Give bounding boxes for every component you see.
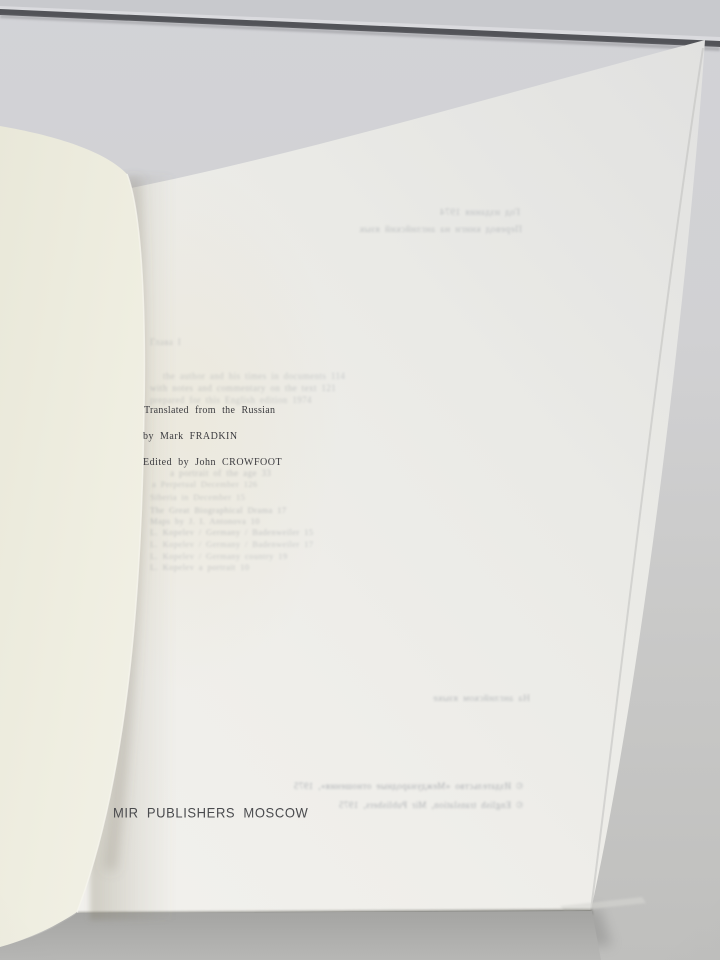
publisher-imprint-line: MIR PUBLISHERS MOSCOW	[113, 805, 308, 821]
translated-from-line: Translated from the Russian	[144, 405, 275, 416]
showthrough-line: © Издательство «Международные отношения»…	[285, 781, 523, 791]
showthrough-line: Maps by J. I. Antonova 10	[150, 516, 372, 526]
showthrough-line: a portrait of the age 33	[170, 468, 432, 478]
showthrough-line: The Great Biographical Drama 17	[150, 505, 428, 515]
showthrough-line: a Perpetual December 126	[152, 479, 392, 489]
showthrough-line: the author and his times in documents 11…	[163, 371, 475, 381]
editor-line: Edited by John CROWFOOT	[143, 457, 282, 468]
translator-line: by Mark FRADKIN	[143, 431, 238, 442]
showthrough-line: with notes and commentary on the text 12…	[150, 383, 472, 393]
showthrough-line: prepared for this English edition 1974	[150, 395, 462, 405]
showthrough-line: Глава I	[150, 337, 212, 347]
page-text-layer: Translated from the Russian by Mark FRAD…	[0, 0, 720, 960]
showthrough-line: Год издания 1974	[345, 208, 520, 218]
showthrough-line: На английском языке	[382, 694, 530, 704]
showthrough-line: Siberia in December 15	[150, 492, 362, 502]
showthrough-line: Перевод книги на английский язык	[330, 225, 522, 235]
showthrough-line: L. Kopelev a portrait 10	[150, 562, 362, 572]
showthrough-line: L. Kopelev / Germany / Badenweiler 17	[150, 539, 446, 549]
photo-open-book: Translated from the Russian by Mark FRAD…	[0, 0, 720, 960]
showthrough-line: L. Kopelev / Germany / Badenweiler 15	[150, 527, 450, 537]
showthrough-line: L. Kopelev / Germany country 19	[150, 551, 412, 561]
showthrough-line: © English translation, Mir Publishers, 1…	[283, 800, 523, 810]
